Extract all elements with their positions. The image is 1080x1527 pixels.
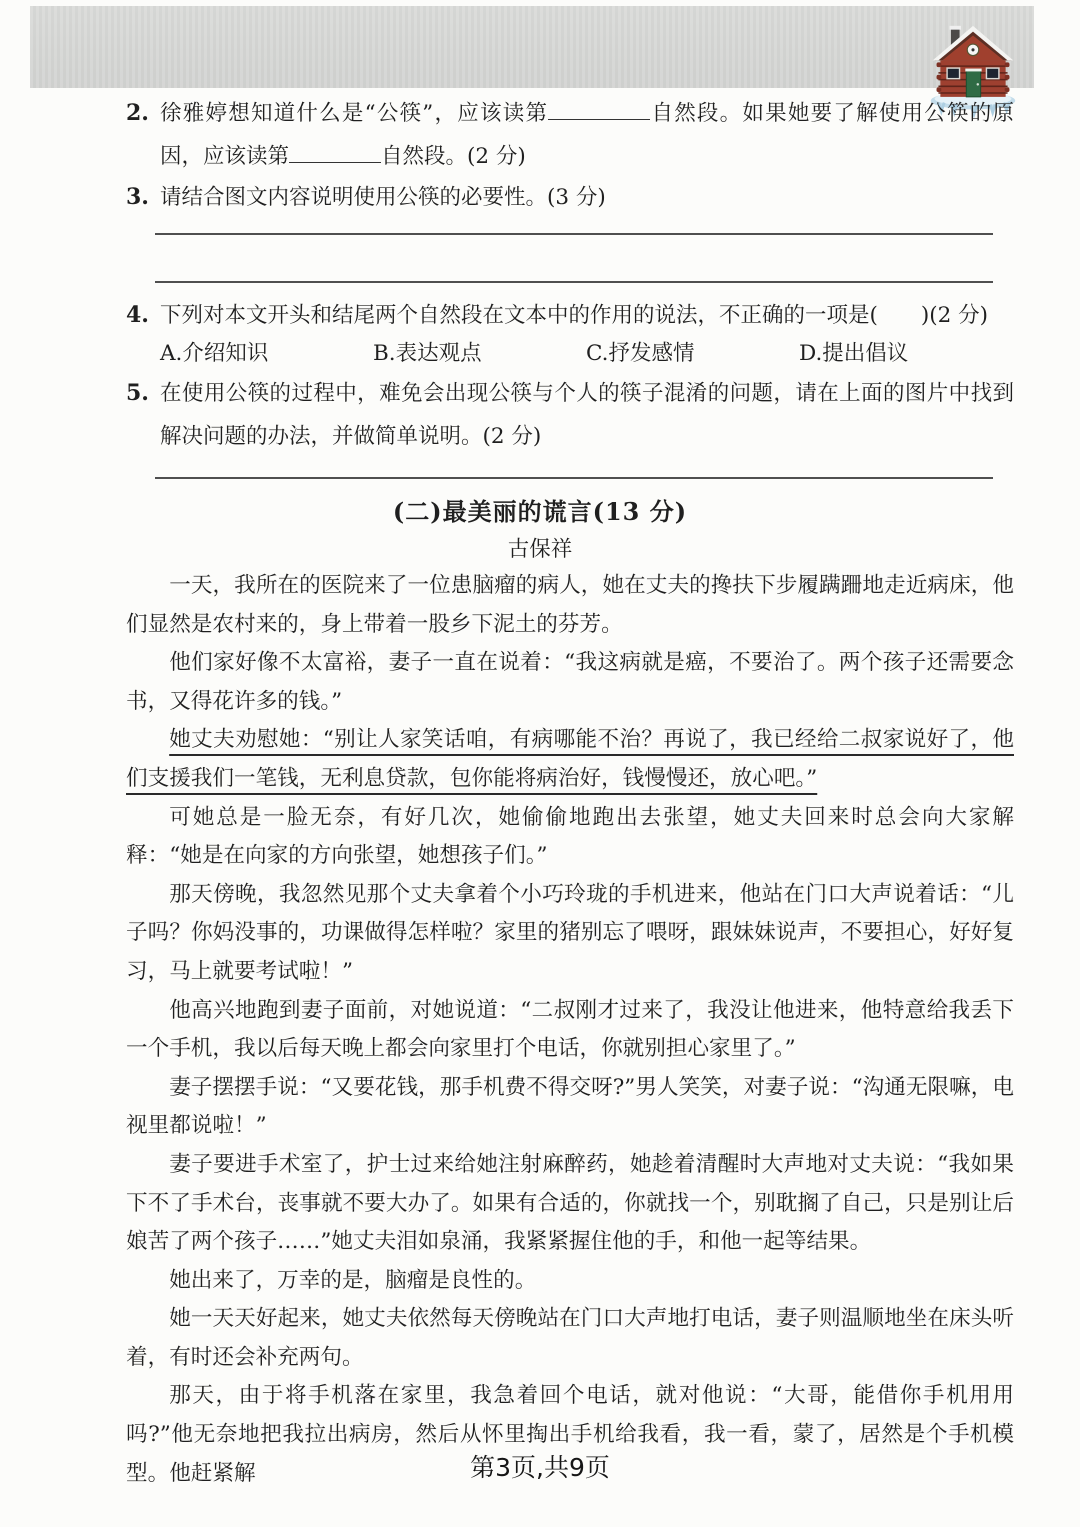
answer-blank-2 (289, 141, 381, 164)
passage-paragraph: 他们家好像不太富裕，妻子一直在说着：“我这病就是癌，不要治了。两个孩子还需要念书… (126, 644, 1014, 721)
question-3: 3. 请结合图文内容说明使用公筷的必要性。(3 分) (126, 176, 1014, 219)
passage-paragraph: 她一天天好起来，她丈夫依然每天傍晚站在门口大声地打电话，妻子则温顺地坐在床头听着… (126, 1300, 1014, 1377)
question-4-text: 下列对本文开头和结尾两个自然段在文本中的作用的说法，不正确的一项是( )(2 分… (160, 303, 988, 328)
question-2-text-part3: 自然段。(2 分) (381, 144, 526, 169)
exam-page: 2. 徐雅婷想知道什么是“公筷”，应该读第自然段。如果她要了解使用公筷的原因，应… (0, 0, 1080, 1527)
passage-body: 一天，我所在的医院来了一位患脑瘤的病人，她在丈夫的搀扶下步履蹒跚地走近病床，他们… (126, 567, 1014, 1493)
passage-paragraph: 一天，我所在的医院来了一位患脑瘤的病人，她在丈夫的搀扶下步履蹒跚地走近病床，他们… (126, 567, 1014, 644)
question-2: 2. 徐雅婷想知道什么是“公筷”，应该读第自然段。如果她要了解使用公筷的原因，应… (126, 92, 1014, 178)
passage-paragraph: 她出来了，万幸的是，脑瘤是良性的。 (126, 1262, 1014, 1301)
header-band (30, 6, 1034, 88)
answer-line-1 (155, 233, 993, 235)
passage-paragraph: 可她总是一脸无奈，有好几次，她偷偷地跑出去张望，她丈夫回来时总会向大家解释：“她… (126, 799, 1014, 876)
option-d: D.提出倡议 (799, 336, 908, 367)
passage-paragraph: 妻子要进手术室了，护士过来给她注射麻醉药，她趁着清醒时大声地对丈夫说：“我如果下… (126, 1146, 1014, 1262)
option-a: A.介绍知识 (160, 336, 373, 367)
question-2-number: 2. (126, 92, 149, 135)
option-c: C.抒发感情 (586, 336, 799, 367)
question-5-number: 5. (126, 372, 149, 415)
answer-line-3 (155, 477, 993, 479)
question-4-number: 4. (126, 294, 149, 337)
page-number: 第3页,共9页 (0, 1448, 1080, 1484)
question-3-text: 请结合图文内容说明使用公筷的必要性。(3 分) (160, 185, 606, 210)
passage-author: 古保祥 (0, 532, 1080, 563)
passage-paragraph: 他高兴地跑到妻子面前，对她说道：“二叔刚才过来了，我没让他进来，他特意给我丢下一… (126, 992, 1014, 1069)
answer-line-2 (155, 281, 993, 283)
passage-paragraph-underlined: 她丈夫劝慰她：“别让人家笑话咱，有病哪能不治？再说了，我已经给二叔家说好了，他们… (126, 721, 1014, 798)
option-b: B.表达观点 (373, 336, 586, 367)
question-4: 4. 下列对本文开头和结尾两个自然段在文本中的作用的说法，不正确的一项是( )(… (126, 294, 1014, 337)
question-5: 5. 在使用公筷的过程中，难免会出现公筷与个人的筷子混淆的问题，请在上面的图片中… (126, 372, 1014, 458)
passage-title: (二)最美丽的谎言(13 分) (0, 492, 1080, 527)
passage-paragraph: 妻子摆摆手说：“又要花钱，那手机费不得交呀?”男人笑笑，对妻子说：“沟通无限嘛，… (126, 1069, 1014, 1146)
answer-blank-1 (548, 98, 650, 121)
passage-paragraph: 那天傍晚，我忽然见那个丈夫拿着个小巧玲珑的手机进来，他站在门口大声说着话：“儿子… (126, 876, 1014, 992)
question-5-text: 在使用公筷的过程中，难免会出现公筷与个人的筷子混淆的问题，请在上面的图片中找到解… (160, 381, 1014, 449)
question-3-number: 3. (126, 176, 149, 219)
question-4-options: A.介绍知识 B.表达观点 C.抒发感情 D.提出倡议 (160, 336, 1020, 367)
question-2-text-part1: 徐雅婷想知道什么是“公筷”，应该读第 (160, 101, 548, 126)
